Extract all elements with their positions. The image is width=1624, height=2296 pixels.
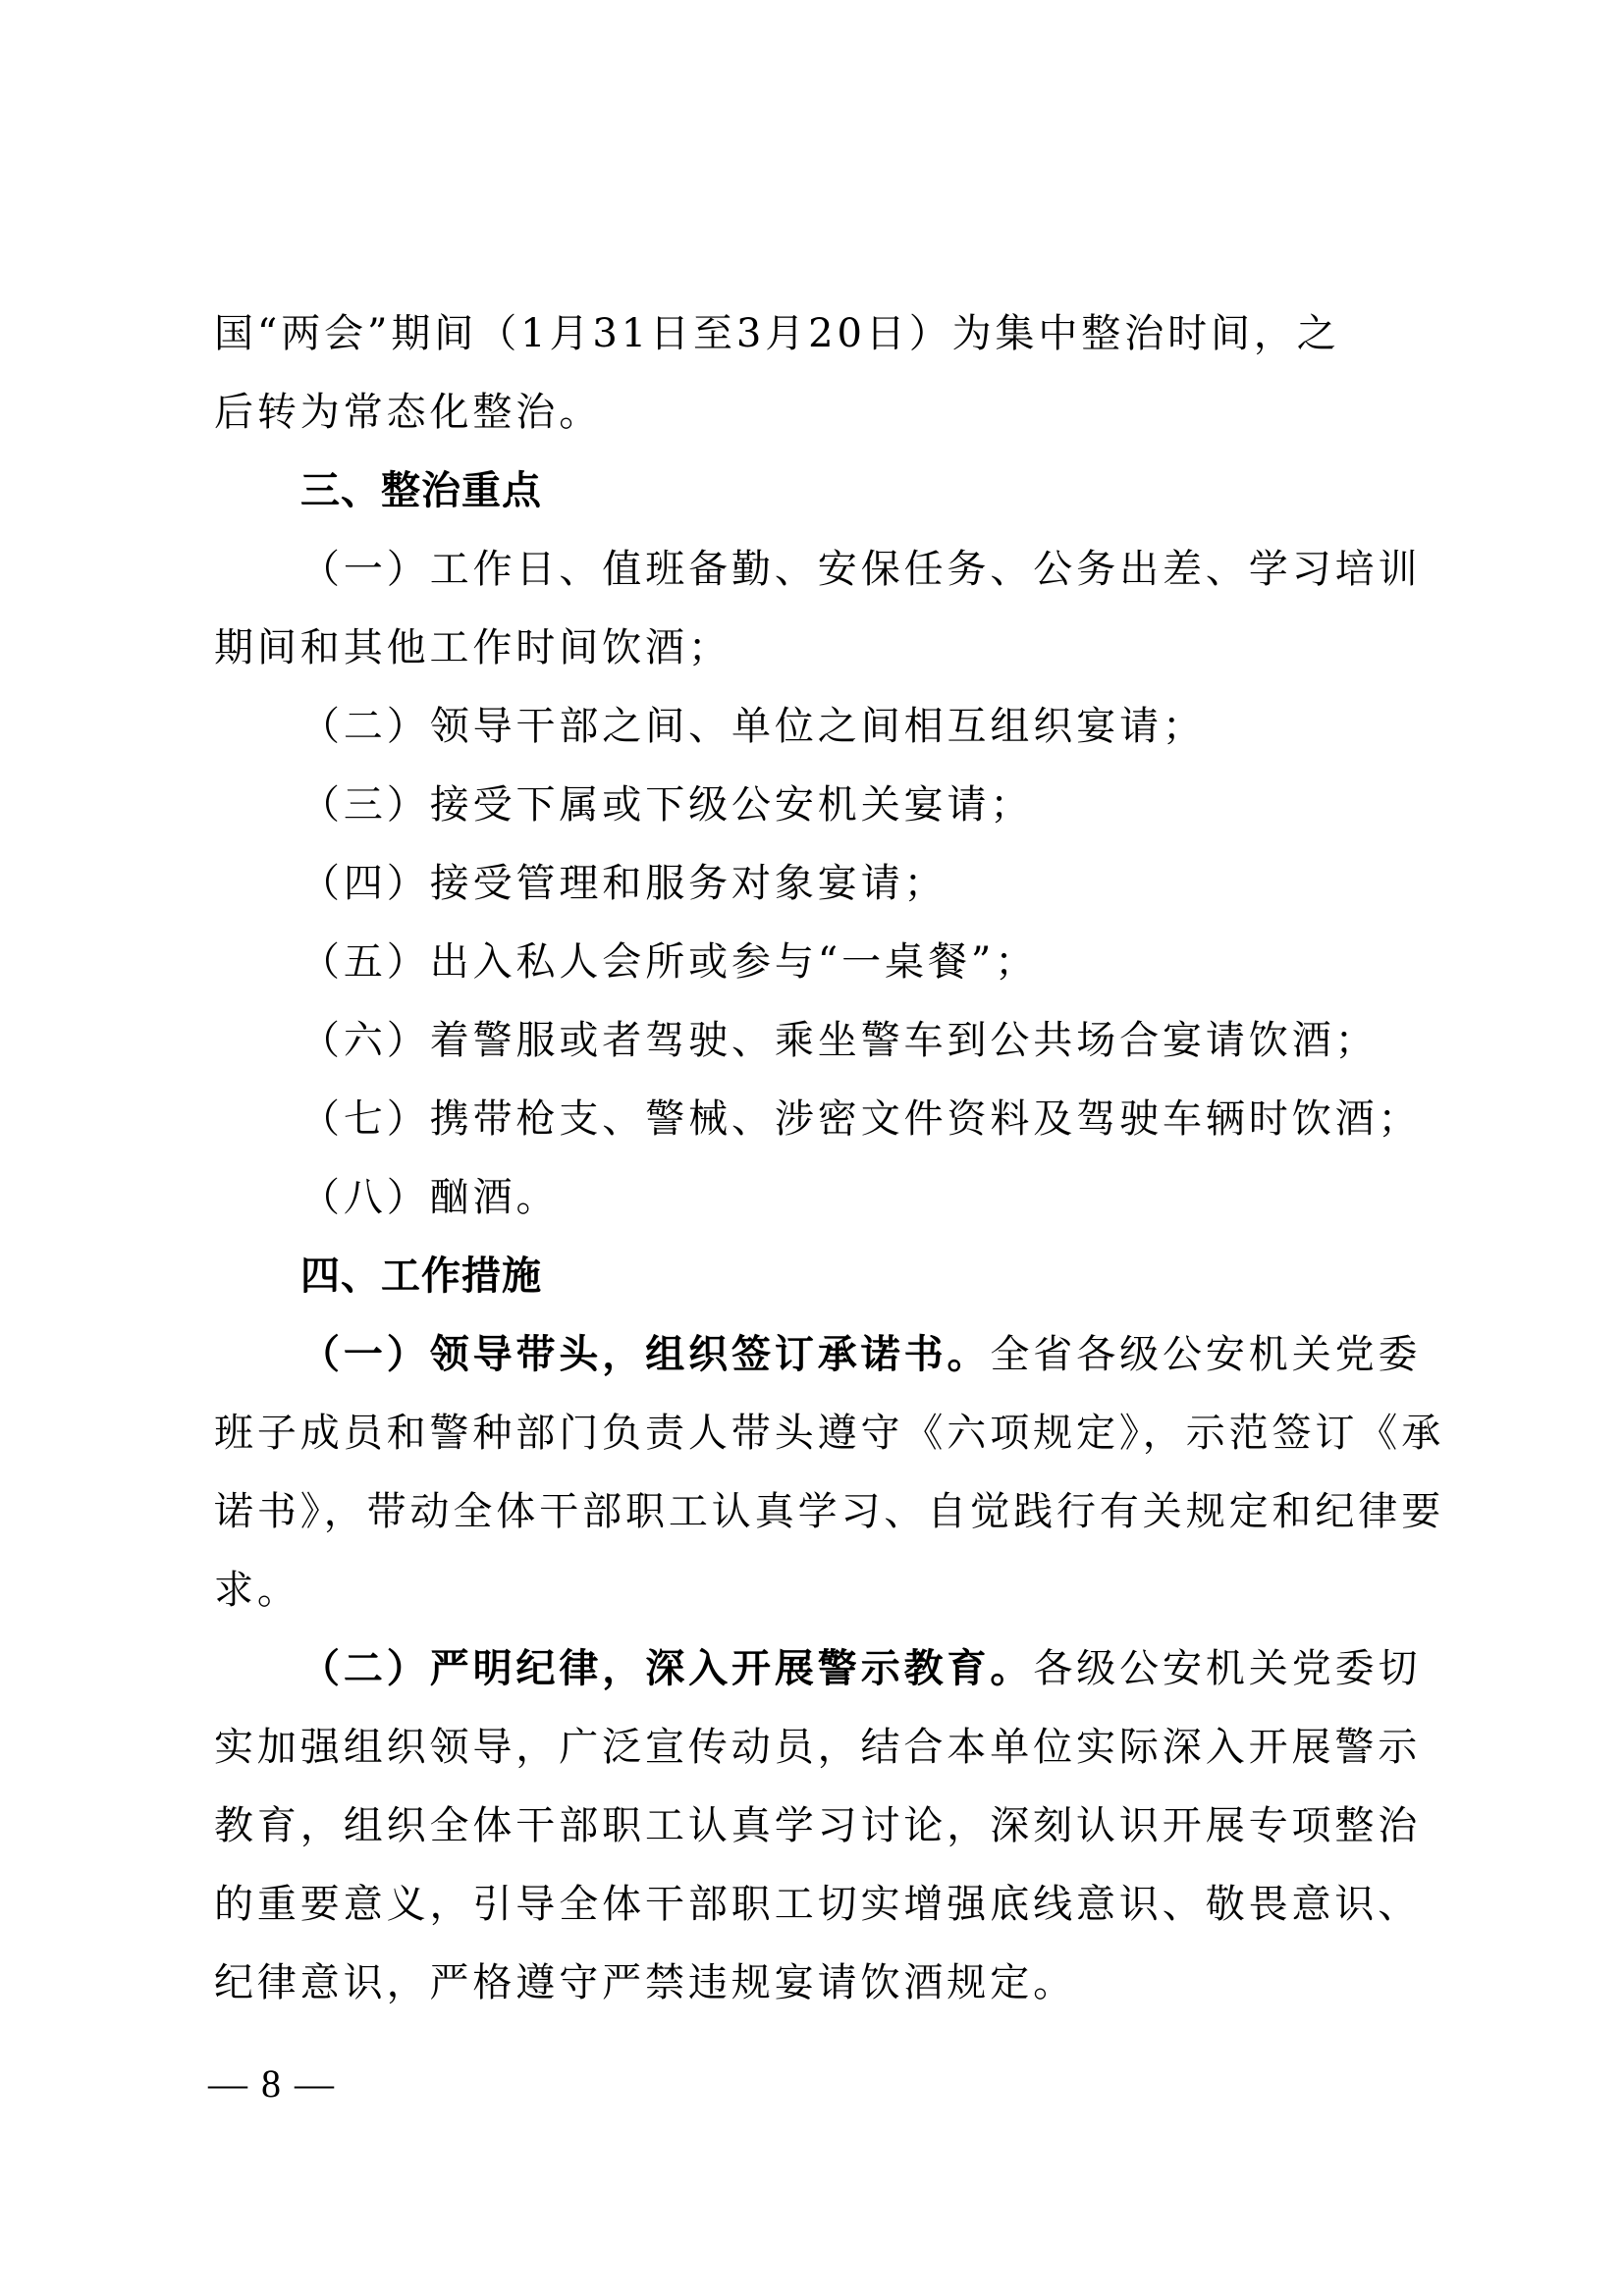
measure-2-text: 各级公安机关党委切 [1033,1646,1421,1691]
measure-2-line: 教育，组织全体干部职工认真学习讨论，深刻认识开展专项整治 [214,1787,1426,1865]
focus-item-7: （七）携带枪支、警械、涉密文件资料及驾驶车辆时饮酒； [214,1080,1426,1158]
focus-item-4: （四）接受管理和服务对象宴请； [214,844,1426,923]
focus-item-2: （二）领导干部之间、单位之间相互组织宴请； [214,687,1426,766]
measure-2-first-line: （二）严明纪律，深入开展警示教育。各级公安机关党委切 [214,1629,1426,1708]
body-text-line: 后转为常态化整治。 [214,373,1426,452]
measure-2-line: 的重要意义，引导全体干部职工切实增强底线意识、敬畏意识、 [214,1865,1426,1944]
measure-1-text: 全省各级公安机关党委 [990,1332,1421,1377]
measure-1-line: 班子成员和警种部门负责人带头遵守《六项规定》，示范签订《承 [214,1394,1426,1472]
measure-2-title: （二）严明纪律，深入开展警示教育。 [300,1645,1033,1691]
measure-2-line: 实加强组织领导，广泛宣传动员，结合本单位实际深入开展警示 [214,1708,1426,1787]
focus-item-3: （三）接受下属或下级公安机关宴请； [214,766,1426,844]
measure-1-line: 求。 [214,1551,1426,1629]
measure-1-title: （一）领导带头，组织签订承诺书。 [300,1331,990,1377]
measure-2-line: 纪律意识，严格遵守严禁违规宴请饮酒规定。 [214,1944,1426,2022]
section-heading-focus-areas: 三、整治重点 [214,452,1426,530]
measure-1-first-line: （一）领导带头，组织签订承诺书。全省各级公安机关党委 [214,1315,1426,1394]
focus-item-1-cont: 期间和其他工作时间饮酒； [214,609,1426,687]
measure-1-line: 诺书》，带动全体干部职工认真学习、自觉践行有关规定和纪律要 [214,1472,1426,1551]
focus-item-6: （六）着警服或者驾驶、乘坐警车到公共场合宴请饮酒； [214,1001,1426,1080]
body-text-line: 国“两会”期间（1月31日至3月20日）为集中整治时间，之 [214,294,1426,373]
page-number: — 8 — [208,2059,336,2109]
document-page: 国“两会”期间（1月31日至3月20日）为集中整治时间，之 后转为常态化整治。 … [214,294,1426,2022]
focus-item-5: （五）出入私人会所或参与“一桌餐”； [214,923,1426,1001]
section-heading-work-measures: 四、工作措施 [214,1237,1426,1315]
focus-item-8: （八）酗酒。 [214,1158,1426,1237]
focus-item-1: （一）工作日、值班备勤、安保任务、公务出差、学习培训 [214,530,1426,609]
